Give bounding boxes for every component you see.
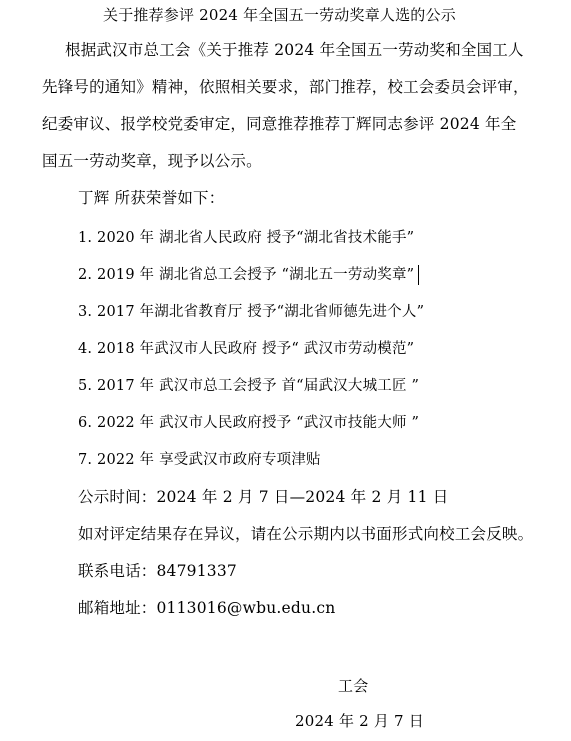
contact-phone: 联系电话：84791337: [78, 561, 237, 581]
honor-item-5: 5. 2017 年 武汉市总工会授予 首“届武汉大城工匠 ”: [78, 376, 419, 396]
body-line-4: 国五一劳动奖章，现予以公示。: [42, 151, 262, 171]
honor-item-3: 3. 2017 年湖北省教育厅 授予“湖北省师德先进个人”: [78, 302, 424, 322]
honor-item-2-text: 2. 2019 年 湖北省总工会授予 “湖北五一劳动奖章”: [78, 267, 414, 283]
honor-item-4: 4. 2018 年武汉市人民政府 授予“ 武汉市劳动模范”: [78, 339, 414, 359]
objection-note: 如对评定结果存在异议，请在公示期内以书面形式向校工会反映。: [78, 524, 533, 544]
honor-item-2: 2. 2019 年 湖北省总工会授予 “湖北五一劳动奖章”: [78, 265, 419, 285]
contact-email: 邮箱地址：0113016@wbu.edu.cn: [78, 598, 335, 618]
body-line-1: 根据武汉市总工会《关于推荐 2024 年全国五一劳动奖和全国工人: [65, 40, 524, 60]
honor-item-1: 1. 2020 年 湖北省人民政府 授予“湖北省技术能手”: [78, 228, 414, 248]
publicity-period: 公示时间：2024 年 2 月 7 日—2024 年 2 月 11 日: [78, 487, 448, 507]
signature-org: 工会: [338, 676, 368, 696]
document-title: 关于推荐参评 2024 年全国五一劳动奖章人选的公示: [103, 5, 456, 25]
signature-date: 2024 年 2 月 7 日: [295, 711, 424, 731]
honor-item-7: 7. 2022 年 享受武汉市政府专项津贴: [78, 450, 321, 470]
body-line-3: 纪委审议、报学校党委审定，同意推荐推荐丁辉同志参评 2024 年全: [42, 114, 516, 134]
honor-item-6: 6. 2022 年 武汉市人民政府授予 “武汉市技能大师 ”: [78, 413, 419, 433]
honors-intro: 丁辉 所获荣誉如下：: [78, 188, 224, 208]
text-cursor: [418, 265, 419, 285]
body-line-2: 先锋号的通知》精神，依照相关要求，部门推荐，校工会委员会评审，: [42, 77, 529, 97]
